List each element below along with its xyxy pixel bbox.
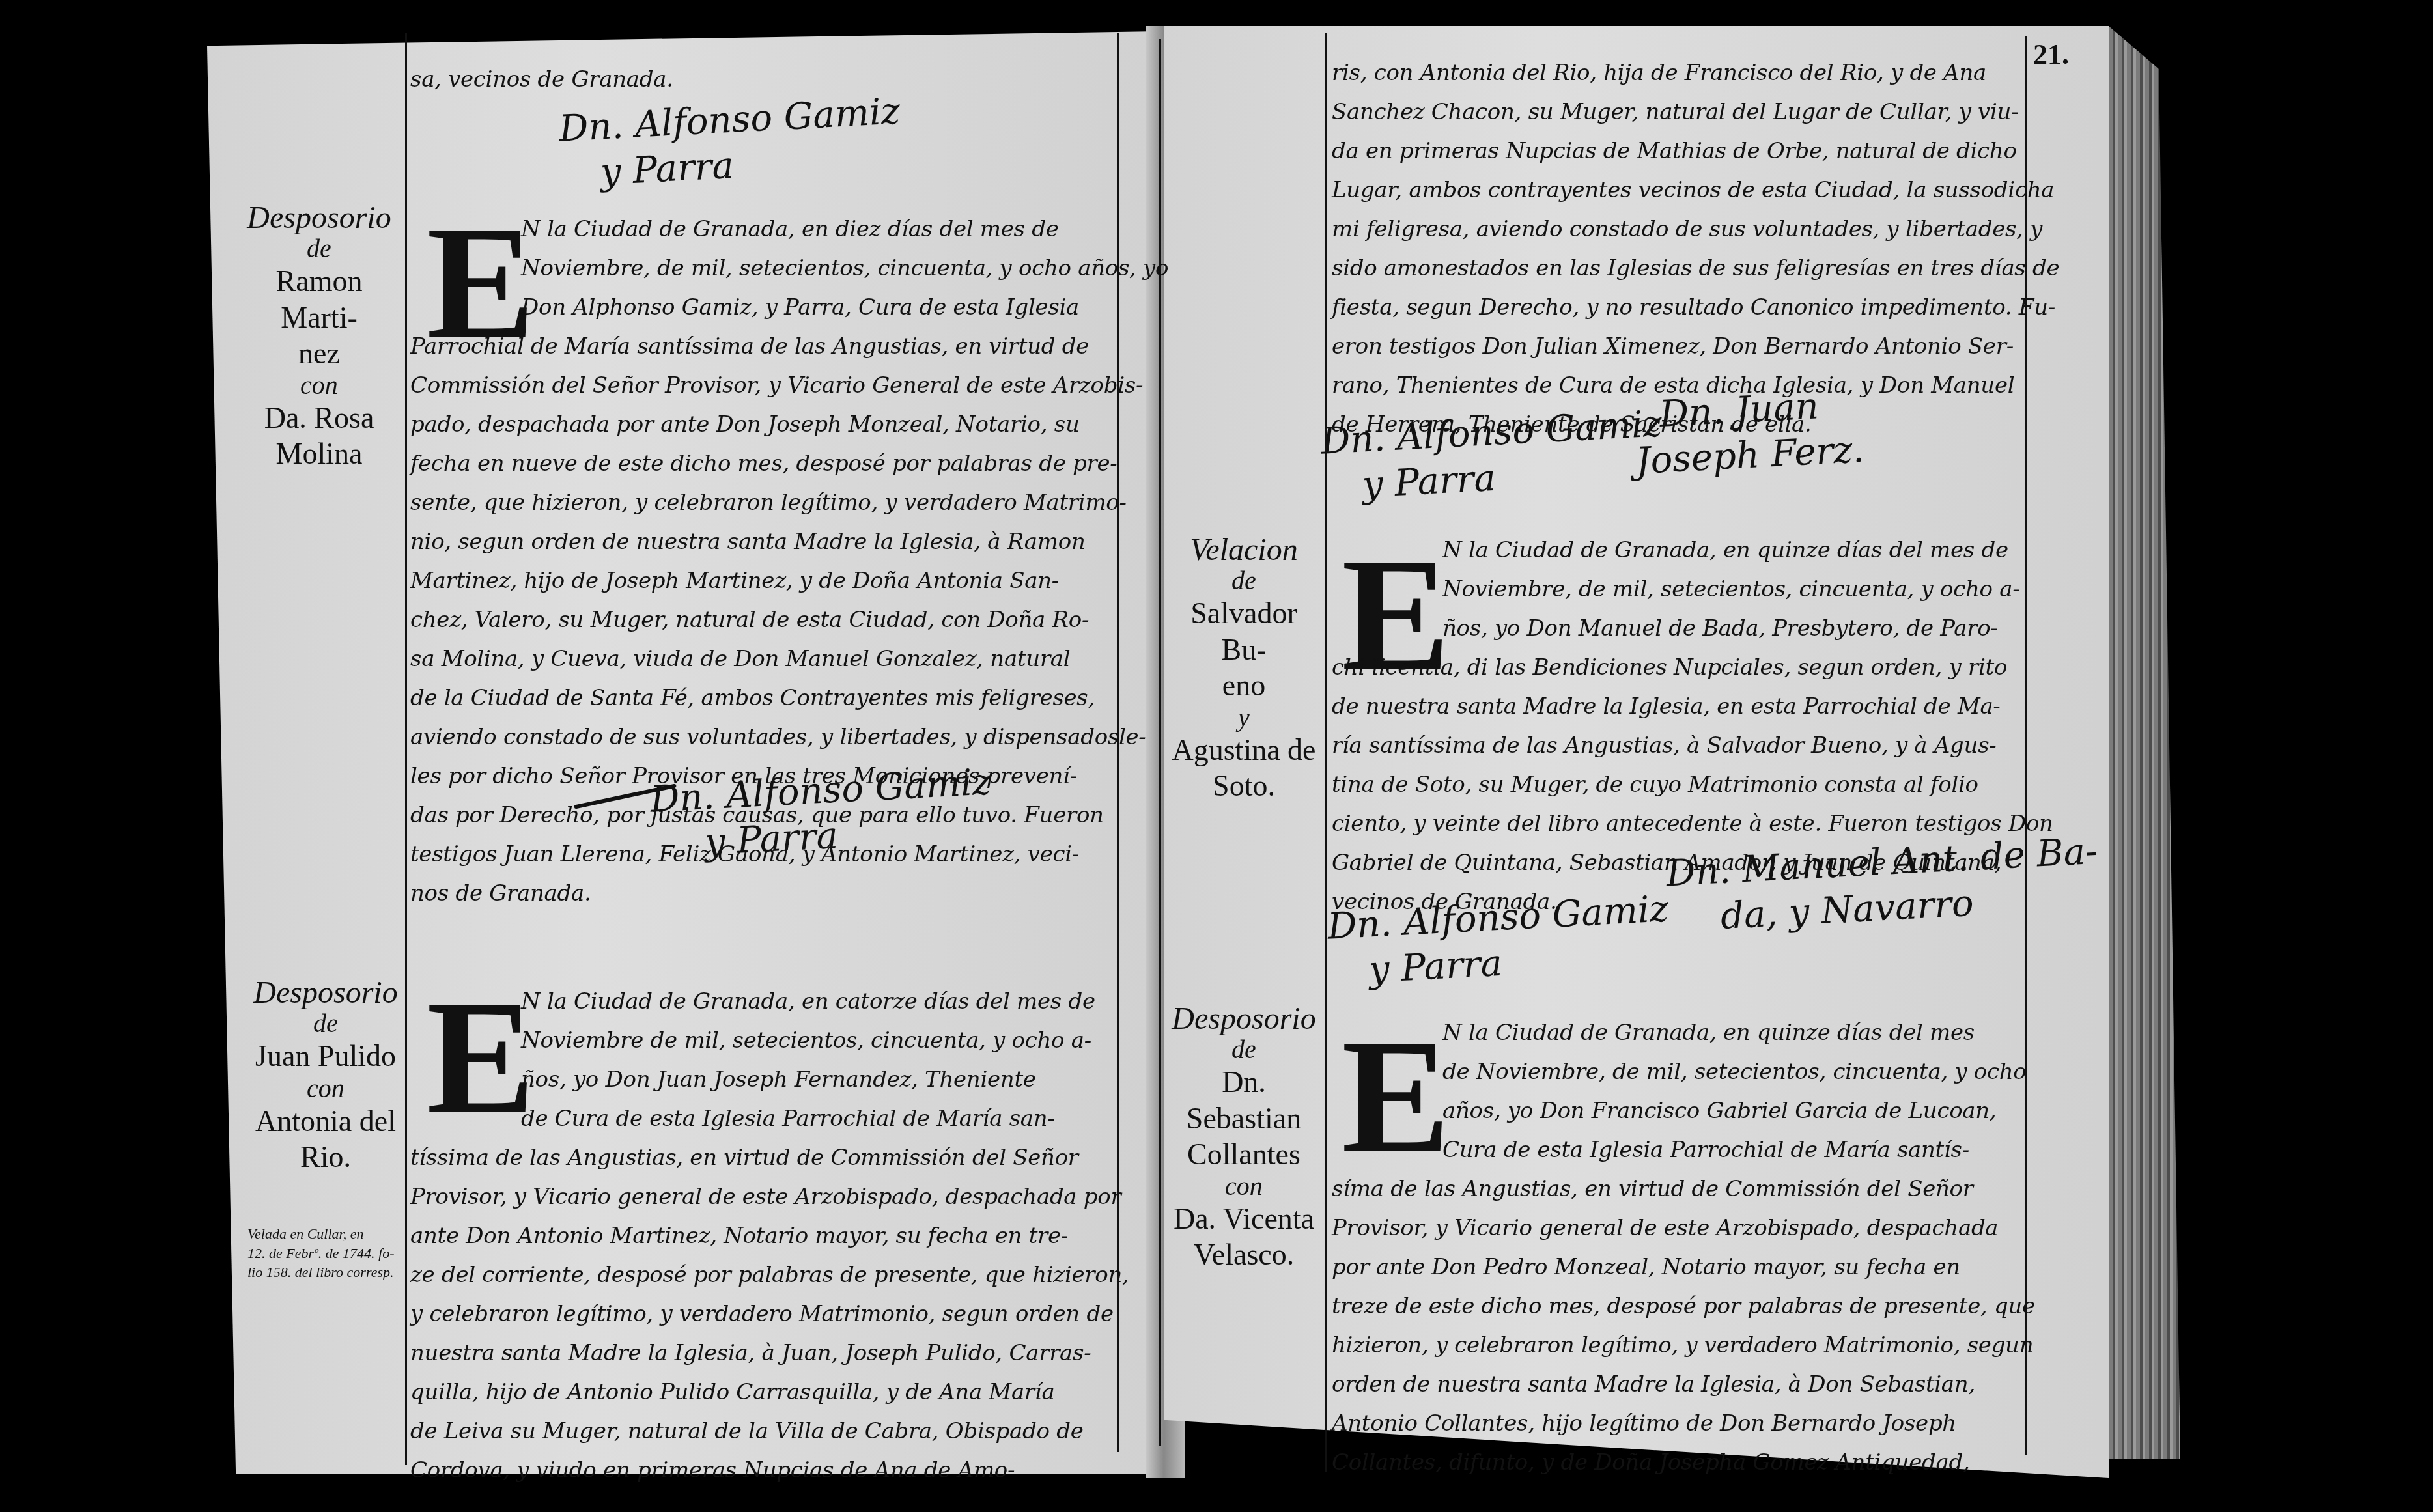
margin-bride-line: Antonia del bbox=[241, 1103, 410, 1139]
note-line: lio 158. del libro corresp. bbox=[247, 1263, 404, 1282]
text-line: N la Ciudad de Granada, en quinze días d… bbox=[1332, 531, 2053, 570]
text-line: de Noviembre, de mil, setecientos, cincu… bbox=[1332, 1052, 2035, 1091]
text-line: eron testigos Don Julian Ximenez, Don Be… bbox=[1332, 327, 2059, 366]
text-line: de la Ciudad de Santa Fé, ambos Contraye… bbox=[410, 679, 1168, 718]
text-line: N la Ciudad de Granada, en quinze días d… bbox=[1332, 1013, 2035, 1052]
margin-title: Desposorio bbox=[241, 977, 410, 1009]
margin-con: con bbox=[1166, 1172, 1322, 1201]
text-line: Noviembre de mil, setecientos, cincuenta… bbox=[410, 1021, 1129, 1060]
text-line: Cura de esta Iglesia Parrochial de María… bbox=[1332, 1130, 2035, 1169]
margin-bride-line: Da. Vicenta bbox=[1166, 1201, 1322, 1237]
margin-bride-line: Da. Rosa Molina bbox=[234, 400, 404, 471]
text-line: tina de Soto, su Muger, de cuyo Matrimon… bbox=[1332, 765, 2053, 804]
text-line: ños, yo Don Manuel de Bada, Presbytero, … bbox=[1332, 609, 2053, 648]
text-line: sente, que hizieron, y celebraron legíti… bbox=[410, 483, 1168, 522]
text-line: Don Alphonso Gamiz, y Parra, Cura de est… bbox=[410, 288, 1168, 327]
margin-title: Desposorio bbox=[234, 202, 404, 234]
text-line: por ante Don Pedro Monzeal, Notario mayo… bbox=[1332, 1248, 2035, 1287]
text-line: orden de nuestra santa Madre la Iglesia,… bbox=[1332, 1365, 2035, 1404]
text-line: ris, con Antonia del Rio, hija de Franci… bbox=[1332, 53, 2059, 92]
text-line: treze de este dicho mes, desposé por pal… bbox=[1332, 1287, 2035, 1326]
text-line: quilla, hijo de Antonio Pulido Carrasqui… bbox=[410, 1373, 1129, 1412]
text-line: Commissión del Señor Provisor, y Vicario… bbox=[410, 366, 1168, 405]
text-line: sa, vecinos de Granada. bbox=[410, 60, 673, 99]
signature-right-top-2: Dn. Juan Joseph Ferz. bbox=[1633, 382, 1866, 484]
margin-bride-line: Agustina de bbox=[1166, 732, 1322, 768]
margin-heading-right-entry-1: Velacion de Salvador Bu- eno y Agustina … bbox=[1166, 534, 1322, 804]
entry-2-text: N la Ciudad de Granada, en catorze días … bbox=[410, 982, 1129, 1490]
margin-de: de bbox=[1166, 1035, 1322, 1064]
page-fore-edge bbox=[2109, 26, 2180, 1459]
text-line: ría santíssima de las Angustias, à Salva… bbox=[1332, 726, 2053, 765]
text-line: ños, yo Don Juan Joseph Fernandez, Theni… bbox=[410, 1060, 1129, 1099]
note-line: 12. de Febrº. de 1744. fo- bbox=[247, 1244, 404, 1263]
margin-groom-line: Juan Pulido bbox=[241, 1038, 410, 1074]
margin-heading-right-entry-2: Desposorio de Dn. Sebastian Collantes co… bbox=[1166, 1003, 1322, 1272]
right-top-continuation: ris, con Antonia del Rio, hija de Franci… bbox=[1332, 53, 2059, 444]
margin-title: Velacion bbox=[1166, 534, 1322, 567]
signature-entry-1: Dn. Alfonso Gamiz y Parra bbox=[649, 759, 995, 868]
text-line: de Cura de esta Iglesia Parrochial de Ma… bbox=[410, 1099, 1129, 1138]
margin-de: de bbox=[1166, 567, 1322, 595]
margin-groom-line: nez bbox=[234, 335, 404, 371]
text-line: Lugar, ambos contrayentes vecinos de est… bbox=[1332, 171, 2059, 210]
margin-groom-line: Salvador Bu- bbox=[1166, 595, 1322, 667]
text-line: Martinez, hijo de Joseph Martinez, y de … bbox=[410, 561, 1168, 600]
text-line: chi licentia, di las Bendiciones Nupcial… bbox=[1332, 648, 2053, 687]
margin-heading-entry-2: Desposorio de Juan Pulido con Antonia de… bbox=[241, 977, 410, 1175]
text-line: N la Ciudad de Granada, en diez días del… bbox=[410, 210, 1168, 249]
text-line: Sanchez Chacon, su Muger, natural del Lu… bbox=[1332, 92, 2059, 132]
text-line: Noviembre, de mil, setecientos, cincuent… bbox=[1332, 570, 2053, 609]
text-line: tíssima de las Angustias, en virtud de C… bbox=[410, 1138, 1129, 1177]
text-line: Parrochial de María santíssima de las An… bbox=[410, 327, 1168, 366]
margin-bride-line: Soto. bbox=[1166, 768, 1322, 804]
text-line: nio, segun orden de nuestra santa Madre … bbox=[410, 522, 1168, 561]
left-margin-rule bbox=[405, 33, 407, 1465]
margin-y: y bbox=[1166, 703, 1322, 732]
text-line: nos de Granada. bbox=[410, 874, 1168, 913]
text-line: ante Don Antonio Martinez, Notario mayor… bbox=[410, 1216, 1129, 1255]
margin-bride-line: Rio. bbox=[241, 1139, 410, 1175]
margin-heading-entry-1: Desposorio de Ramon Marti- nez con Da. R… bbox=[234, 202, 404, 471]
left-top-continuation: sa, vecinos de Granada. bbox=[410, 60, 673, 99]
text-line: de Leiva su Muger, natural de la Villa d… bbox=[410, 1412, 1129, 1451]
margin-con: con bbox=[241, 1074, 410, 1103]
text-line: fecha en nueve de este dicho mes, despos… bbox=[410, 444, 1168, 483]
text-line: fiesta, segun Derecho, y no resultado Ca… bbox=[1332, 288, 2059, 327]
margin-groom-line: eno bbox=[1166, 667, 1322, 703]
text-line: de nuestra santa Madre la Iglesia, en es… bbox=[1332, 687, 2053, 726]
text-line: ze del corriente, desposé por palabras d… bbox=[410, 1255, 1129, 1295]
text-line: Provisor, y Vicario general de este Arzo… bbox=[1332, 1209, 2035, 1248]
margin-note-velada: Velada en Cullar, en 12. de Febrº. de 17… bbox=[247, 1224, 404, 1282]
right-entry-2-text: N la Ciudad de Granada, en quinze días d… bbox=[1332, 1013, 2035, 1482]
right-margin-rule bbox=[1325, 33, 1327, 1472]
text-line: da en primeras Nupcias de Mathias de Orb… bbox=[1332, 132, 2059, 171]
text-line: N la Ciudad de Granada, en catorze días … bbox=[410, 982, 1129, 1021]
text-line: Antonio Collantes, hijo legítimo de Don … bbox=[1332, 1404, 2035, 1443]
text-line: sido amonestados en las Iglesias de sus … bbox=[1332, 249, 2059, 288]
text-line: pado, despachada por ante Don Joseph Mon… bbox=[410, 405, 1168, 444]
open-register-book: 21. sa, vecinos de Granada. Dn. Alfonso … bbox=[0, 0, 2433, 1512]
margin-bride-line: Velasco. bbox=[1166, 1237, 1322, 1272]
margin-title: Desposorio bbox=[1166, 1003, 1322, 1035]
text-line: Noviembre, de mil, setecientos, cincuent… bbox=[410, 249, 1168, 288]
text-line: aviendo constado de sus voluntades, y li… bbox=[410, 718, 1168, 757]
signature-right-top-1: Dn. Alfonso Gamiz y Parra bbox=[1320, 401, 1666, 510]
note-line: Velada en Cullar, en bbox=[247, 1224, 404, 1244]
text-line: chez, Valero, su Muger, natural de esta … bbox=[410, 600, 1168, 639]
text-line: mi feligresa, aviendo constado de sus vo… bbox=[1332, 210, 2059, 249]
text-line: síma de las Angustias, en virtud de Comm… bbox=[1332, 1169, 2035, 1209]
text-line: años, yo Don Francisco Gabriel Garcia de… bbox=[1332, 1091, 2035, 1130]
text-line: sa Molina, y Cueva, viuda de Don Manuel … bbox=[410, 639, 1168, 679]
margin-de: de bbox=[241, 1009, 410, 1038]
margin-con: con bbox=[234, 371, 404, 400]
margin-de: de bbox=[234, 234, 404, 263]
text-line: Cordova, y viudo en primeras Nupcias de … bbox=[410, 1451, 1129, 1490]
signature-right-entry-1-a: Dn. Alfonso Gamiz y Parra bbox=[1327, 886, 1672, 995]
margin-groom-line: Dn. Sebastian bbox=[1166, 1064, 1322, 1136]
text-line: Provisor, y Vicario general de este Arzo… bbox=[410, 1177, 1129, 1216]
text-line: hizieron, y celebraron legítimo, y verda… bbox=[1332, 1326, 2035, 1365]
margin-groom-line: Collantes bbox=[1166, 1136, 1322, 1172]
signature-top-left: Dn. Alfonso Gamiz y Parra bbox=[558, 89, 904, 197]
text-line: nuestra santa Madre la Iglesia, à Juan, … bbox=[410, 1334, 1129, 1373]
margin-groom-line: Ramon Marti- bbox=[234, 263, 404, 335]
text-line: Collantes, difunto, y de Doña Josepha Go… bbox=[1332, 1443, 2035, 1482]
text-line: y celebraron legítimo, y verdadero Matri… bbox=[410, 1295, 1129, 1334]
